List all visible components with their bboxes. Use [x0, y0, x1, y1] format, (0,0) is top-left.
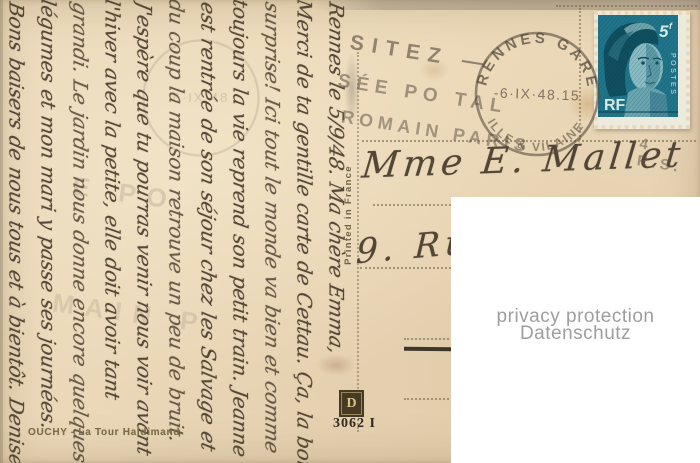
svg-text:ILLE & VILAINE: ILLE & VILAINE — [484, 115, 588, 156]
ghost-datestamp: 6·IX·48 — [135, 32, 267, 164]
svg-text:RENNES GARE: RENNES GARE — [473, 28, 603, 92]
datestamp-town: RENNES GARE — [473, 28, 603, 92]
address-line-rule — [404, 398, 456, 400]
stamp-rf-label: RF — [604, 97, 626, 114]
circular-datestamp: RENNES GARE ILLE & VILAINE -6·IX·48.15 — [465, 22, 610, 167]
stamp-box-rule — [556, 5, 697, 7]
ghost-datestamp-date: 6·IX·48 — [173, 90, 229, 105]
privacy-overlay: privacy protection Datenschutz — [451, 197, 700, 463]
message-line: l'hiver avec la petite, elle doit avoir … — [97, 0, 129, 463]
privacy-text-de: Datenschutz — [451, 326, 700, 343]
marianne-portrait: 5 f POSTES RF — [598, 15, 678, 117]
card-number: 3062 I — [333, 416, 376, 432]
address-line-rule — [404, 338, 456, 340]
message-line: grandi. Le jardin nous donne encore quel… — [65, 0, 97, 463]
message-line: légumes et mon mari y passe ses journées… — [33, 0, 65, 463]
stamp-value-digit: 5 — [659, 22, 669, 41]
postcard-back: Rennes le 5/9/48. Ma chère Emma, Merci d… — [0, 0, 700, 463]
postcard-caption: OUCHY - La Tour Haldimand — [28, 427, 180, 438]
stamp-postes-label: POSTES — [669, 53, 676, 96]
datestamp-date: -6·IX·48.15 — [493, 84, 580, 103]
heavy-underline-stroke — [404, 347, 453, 352]
datestamp-department: ILLE & VILAINE — [484, 115, 588, 156]
address-line-rule — [373, 204, 455, 206]
message-line: Merci de ta gentille carte de Cettau. Ça… — [289, 0, 321, 463]
publisher-logo: D — [339, 390, 364, 417]
message-line: Bons baisers de nous tous et à bientôt. … — [1, 0, 33, 463]
